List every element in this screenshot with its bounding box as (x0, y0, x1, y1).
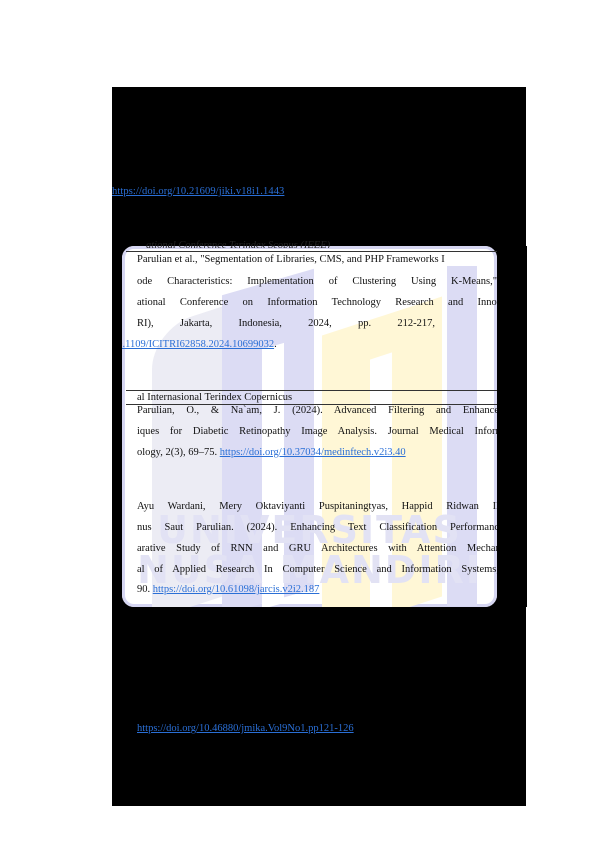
doi-link-medinftech[interactable]: https://doi.org/10.37034/medinftech.v2i3… (220, 447, 406, 458)
reference-line: nus Saut Parulian. (2024). Enhancing Tex… (137, 522, 499, 533)
reference-line: ode Characteristics: Implementation of C… (137, 276, 497, 287)
reference-line: RI), Jakarta, Indonesia, 2024, pp. 212-2… (137, 318, 435, 329)
redacted-edge-left (112, 246, 122, 607)
section-rule (126, 251, 497, 252)
reference-line: Parulian et al., "Segmentation of Librar… (137, 254, 445, 265)
reference-line: ology, 2(3), 69–75. https://doi.org/10.3… (137, 447, 406, 458)
reference-prefix: ology, 2(3), 69–75. (137, 447, 220, 458)
reference-line: ational Conference on Information Techno… (137, 297, 502, 308)
reference-line: arative Study of RNN and GRU Architectur… (137, 543, 499, 554)
redacted-edge-right (497, 246, 527, 607)
reference-line: Parulian, O., & Na`am, J. (2024). Advanc… (137, 405, 499, 416)
reference-line: al of Applied Research In Computer Scien… (137, 564, 499, 575)
doi-suffix: . (274, 339, 277, 350)
doi-link-jmika[interactable]: https://doi.org/10.46880/jmika.Vol9No1.p… (137, 723, 354, 734)
section-heading-journal: al Internasional Terindex Copernicus (137, 392, 292, 403)
reference-line: iques for Diabetic Retinopathy Image Ana… (137, 426, 499, 437)
reference-line: 90. https://doi.org/10.61098/jarcis.v2i2… (137, 584, 319, 595)
section-heading-conference: ational Conference Terindex Scopus (IEEE… (146, 240, 330, 248)
reference-prefix: 90. (137, 584, 153, 595)
section-rule (126, 390, 497, 391)
reference-line: Ayu Wardani, Mery Oktaviyanti Puspitanin… (137, 501, 499, 512)
reference-doi-line: 10.1109/ICITRI62858.2024.10699032. (112, 339, 277, 350)
doi-link-jarcis[interactable]: https://doi.org/10.61098/jarcis.v2i2.187 (153, 584, 320, 595)
doi-link-icitri[interactable]: 10.1109/ICITRI62858.2024.10699032 (112, 339, 274, 350)
